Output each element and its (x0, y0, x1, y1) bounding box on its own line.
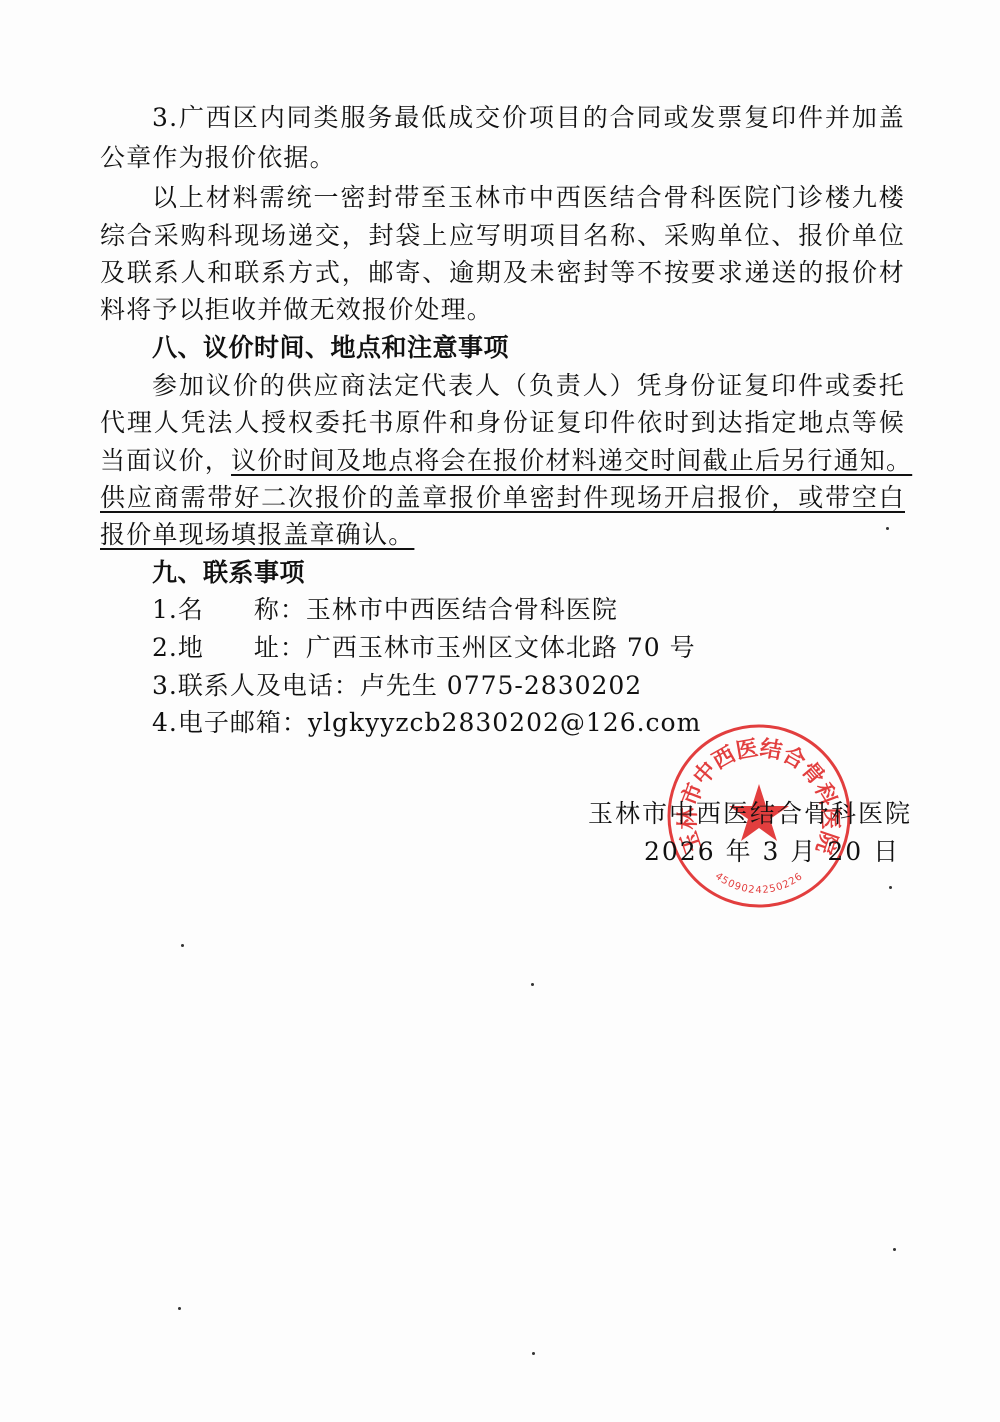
document-page: 3.广西区内同类服务最低成交价项目的合同或发票复印件并加盖 公章作为报价依据。 … (0, 0, 1000, 1422)
contact-phone-row: 3.联系人及电话：卢先生 0775-2830202 (152, 669, 642, 703)
contact-address-value: 广西玉林市玉州区文体北路 70 号 (306, 633, 696, 662)
contact-email-label: 4.电子邮箱： (152, 708, 308, 737)
svg-text:4509024250226: 4509024250226 (713, 871, 805, 896)
materials-line2: 综合采购科现场递交，封袋上应写明项目名称、采购单位、报价单位 (100, 219, 905, 253)
section8-line1: 参加议价的供应商法定代表人（负责人）凭身份证复印件或委托 (152, 369, 905, 403)
signature-organization: 玉林市中西医结合骨科医院 (588, 797, 912, 831)
scan-speck (531, 983, 534, 986)
item3-line2: 公章作为报价依据。 (100, 141, 905, 175)
contact-name-label-a: 1.名 (152, 595, 204, 624)
section8-line3-plain: 当面议价， (100, 446, 231, 475)
section8-line2: 代理人凭法人授权委托书原件和身份证复印件依时到达指定地点等候 (100, 406, 905, 440)
contact-name-value: 玉林市中西医结合骨科医院 (306, 595, 618, 624)
signature-date: 2026 年 3 月 20 日 (644, 835, 900, 869)
contact-phone-value: 卢先生 0775-2830202 (360, 671, 642, 700)
contact-email-row: 4.电子邮箱：ylgkyyzcb2830202@126.com (152, 706, 701, 740)
scan-speck (893, 1248, 896, 1251)
contact-phone-label: 3.联系人及电话： (152, 671, 360, 700)
contact-name-label-b: 称： (254, 595, 306, 624)
contact-email-value: ylgkyyzcb2830202@126.com (308, 708, 701, 737)
materials-line1: 以上材料需统一密封带至玉林市中西医结合骨科医院门诊楼九楼 (152, 181, 905, 215)
scan-speck (532, 1352, 535, 1355)
materials-line4: 料将予以拒收并做无效报价处理。 (100, 293, 905, 327)
section8-heading: 八、议价时间、地点和注意事项 (152, 331, 905, 365)
scan-speck (181, 944, 184, 947)
materials-line3: 及联系人和联系方式，邮寄、逾期及未密封等不按要求递送的报价材 (100, 256, 905, 290)
item3-line1: 3.广西区内同类服务最低成交价项目的合同或发票复印件并加盖 (152, 101, 905, 135)
section8-line5: 报价单现场填报盖章确认。 (100, 518, 905, 552)
scan-speck (889, 886, 892, 889)
contact-address-label-b: 址： (254, 633, 306, 662)
section8-line4-underlined: 供应商需带好二次报价的盖章报价单密封件现场开启报价，或带空白 (100, 481, 905, 515)
section9-heading: 九、联系事项 (152, 556, 905, 590)
contact-name-row: 1.名称：玉林市中西医结合骨科医院 (152, 593, 618, 627)
section8-line3: 当面议价，议价时间及地点将会在报价材料递交时间截止后另行通知。 (100, 444, 905, 478)
section8-line5-underlined: 报价单现场填报盖章确认。 (100, 520, 414, 549)
contact-address-row: 2.地址：广西玉林市玉州区文体北路 70 号 (152, 631, 696, 665)
scan-speck (178, 1307, 181, 1310)
contact-address-label-a: 2.地 (152, 633, 204, 662)
section8-line3-underlined: 议价时间及地点将会在报价材料递交时间截止后另行通知。 (231, 446, 912, 475)
scan-speck (886, 527, 889, 530)
